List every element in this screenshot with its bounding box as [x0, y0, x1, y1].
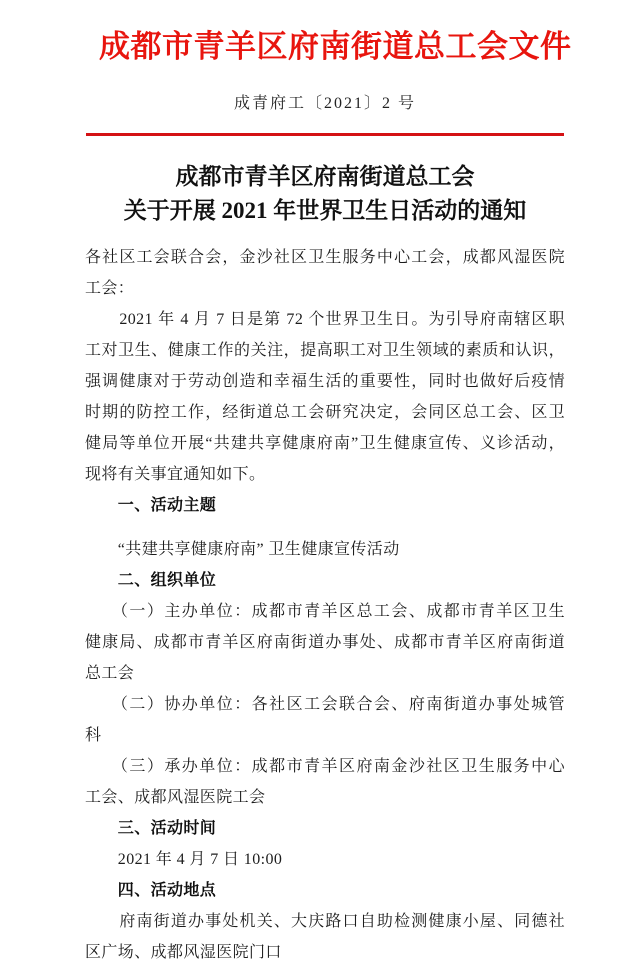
document-line: 工会： [85, 273, 565, 304]
letterhead-org-title: 成都市青羊区府南街道总工会文件 [99, 28, 565, 65]
document-line: 工会、成都风湿医院工会 [85, 782, 565, 813]
document-line: 三、活动时间 [85, 813, 565, 844]
document-line: “共建共享健康府南” 卫生健康宣传活动 [85, 534, 565, 565]
document-line: 2021 年 4 月 7 日 10:00 [85, 844, 565, 875]
document-title-line-2: 关于开展 2021 年世界卫生日活动的通知 [85, 194, 565, 228]
document-body: 各社区工会联合会，金沙社区卫生服务中心工会，成都风湿医院工会： 2021 年 4… [85, 242, 565, 968]
document-line: 现将有关事宜通知如下。 [85, 459, 565, 490]
document-line: （一）主办单位：成都市青羊区总工会、成都市青羊区卫生 [85, 596, 565, 627]
document-line: 健康局、成都市青羊区府南街道办事处、成都市青羊区府南街道 [85, 627, 565, 658]
document-line: 二、组织单位 [85, 565, 565, 596]
document-line: 2021 年 4 月 7 日是第 72 个世界卫生日。为引导府南辖区职 [85, 304, 565, 335]
document-line: 各社区工会联合会，金沙社区卫生服务中心工会，成都风湿医院 [85, 242, 565, 273]
document-line: 一、活动主题 [85, 490, 565, 521]
document-line: 区广场、成都风湿医院门口 [85, 937, 565, 968]
document-page: 成都市青羊区府南街道总工会文件 成青府工〔2021〕2 号 成都市青羊区府南街道… [0, 28, 640, 968]
document-line: 府南街道办事处机关、大庆路口自助检测健康小屋、同德社 [85, 906, 565, 937]
document-title-line-1: 成都市青羊区府南街道总工会 [85, 160, 565, 194]
document-line: 工对卫生、健康工作的关注，提高职工对卫生领域的素质和认识， [85, 335, 565, 366]
letterhead-divider-rule [86, 133, 564, 136]
document-line: 强调健康对于劳动创造和幸福生活的重要性，同时也做好后疫情 [85, 366, 565, 397]
document-line: 总工会 [85, 658, 565, 689]
document-title: 成都市青羊区府南街道总工会 关于开展 2021 年世界卫生日活动的通知 [85, 160, 565, 228]
document-line: 健局等单位开展“共建共享健康府南”卫生健康宣传、义诊活动， [85, 428, 565, 459]
document-line: 四、活动地点 [85, 875, 565, 906]
document-line: 时期的防控工作，经街道总工会研究决定，会同区总工会、区卫 [85, 397, 565, 428]
document-number: 成青府工〔2021〕2 号 [85, 93, 565, 115]
document-line: （二）协办单位：各社区工会联合会、府南街道办事处城管 [85, 689, 565, 720]
document-line: 科 [85, 720, 565, 751]
document-line: （三）承办单位：成都市青羊区府南金沙社区卫生服务中心 [85, 751, 565, 782]
